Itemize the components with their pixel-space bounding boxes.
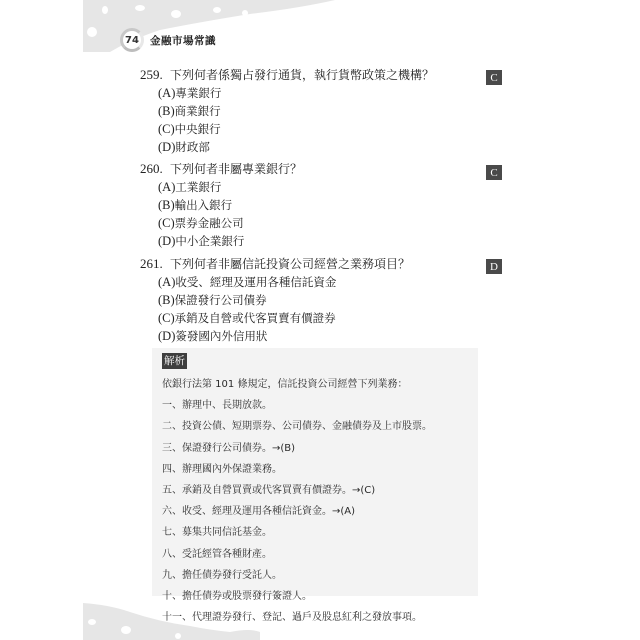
option-key: (C)	[158, 216, 175, 230]
analysis-label: 解析	[162, 353, 187, 369]
option-list: (A)專業銀行 (B)商業銀行 (C)中央銀行 (D)財政部	[158, 84, 500, 156]
option-a: (A)專業銀行	[158, 84, 500, 102]
question-text: 下列何者係獨占發行通貨，執行貨幣政策之機構？	[170, 66, 434, 84]
option-key: (A)	[158, 180, 175, 194]
option-c: (C)中央銀行	[158, 120, 500, 138]
option-key: (D)	[158, 234, 175, 248]
page-number-badge: 74	[120, 28, 144, 52]
option-text: 承銷及自營或代客買賣有價證券	[175, 311, 336, 325]
page-number: 74	[125, 35, 139, 46]
analysis-line: 四、辦理國內外保證業務。	[162, 459, 432, 480]
book-title: 金融市場常識	[150, 33, 216, 48]
option-key: (D)	[158, 329, 175, 343]
option-a: (A)收受、經理及運用各種信託資金	[158, 273, 500, 291]
question-260: 260. 下列何者非屬專業銀行？ (A)工業銀行 (B)輸出入銀行 (C)票券金…	[140, 160, 500, 250]
question-number: 260.	[140, 160, 170, 178]
header-banner-decoration	[0, 0, 640, 70]
option-key: (D)	[158, 140, 175, 154]
option-key: (A)	[158, 86, 175, 100]
option-c: (C)承銷及自營或代客買賣有價證券	[158, 309, 500, 327]
analysis-line: 七、募集共同信託基金。	[162, 522, 432, 543]
option-key: (C)	[158, 122, 175, 136]
analysis-line: 八、受託經管各種財產。	[162, 544, 432, 565]
answer-badge-259: C	[486, 70, 502, 85]
option-text: 輸出入銀行	[175, 198, 233, 212]
question-number: 261.	[140, 255, 170, 273]
option-text: 商業銀行	[175, 104, 221, 118]
analysis-line: 一、辦理中、長期放款。	[162, 395, 432, 416]
option-text: 票券金融公司	[175, 216, 244, 230]
analysis-lines: 依銀行法第 101 條規定，信託投資公司經營下列業務： 一、辦理中、長期放款。 …	[162, 374, 432, 628]
option-key: (B)	[158, 198, 175, 212]
option-b: (B)保證發行公司債券	[158, 291, 500, 309]
option-d: (D)簽發國內外信用狀	[158, 327, 500, 345]
question-text: 下列何者非屬信託投資公司經營之業務項目？	[170, 255, 410, 273]
option-text: 簽發國內外信用狀	[175, 329, 267, 343]
option-key: (B)	[158, 293, 175, 307]
analysis-line: 五、承銷及自營買賣或代客買賣有價證券。→(C)	[162, 480, 432, 501]
option-text: 財政部	[175, 140, 210, 154]
option-d: (D)中小企業銀行	[158, 232, 500, 250]
option-text: 收受、經理及運用各種信託資金	[175, 275, 336, 289]
option-key: (C)	[158, 311, 175, 325]
question-261: 261. 下列何者非屬信託投資公司經營之業務項目？ (A)收受、經理及運用各種信…	[140, 255, 500, 345]
option-text: 中小企業銀行	[175, 234, 244, 248]
question-259: 259. 下列何者係獨占發行通貨，執行貨幣政策之機構？ (A)專業銀行 (B)商…	[140, 66, 500, 156]
analysis-line: 依銀行法第 101 條規定，信託投資公司經營下列業務：	[162, 374, 432, 395]
question-text: 下列何者非屬專業銀行？	[170, 160, 302, 178]
answer-badge-261: D	[486, 259, 502, 274]
option-d: (D)財政部	[158, 138, 500, 156]
analysis-line: 三、保證發行公司債券。→(B)	[162, 438, 432, 459]
option-b: (B)商業銀行	[158, 102, 500, 120]
footer-banner-decoration	[0, 600, 640, 640]
analysis-panel: 解析 依銀行法第 101 條規定，信託投資公司經營下列業務： 一、辦理中、長期放…	[152, 348, 478, 596]
option-key: (A)	[158, 275, 175, 289]
question-number: 259.	[140, 66, 170, 84]
answer-badge-260: C	[486, 165, 502, 180]
option-a: (A)工業銀行	[158, 178, 500, 196]
option-text: 中央銀行	[175, 122, 221, 136]
option-list: (A)收受、經理及運用各種信託資金 (B)保證發行公司債券 (C)承銷及自營或代…	[158, 273, 500, 345]
option-b: (B)輸出入銀行	[158, 196, 500, 214]
option-text: 專業銀行	[175, 86, 221, 100]
analysis-line: 二、投資公債、短期票券、公司債券、金融債券及上市股票。	[162, 416, 432, 437]
option-text: 保證發行公司債券	[175, 293, 267, 307]
option-text: 工業銀行	[175, 180, 221, 194]
option-list: (A)工業銀行 (B)輸出入銀行 (C)票券金融公司 (D)中小企業銀行	[158, 178, 500, 250]
option-key: (B)	[158, 104, 175, 118]
analysis-line: 九、擔任債券發行受託人。	[162, 565, 432, 586]
analysis-line: 六、收受、經理及運用各種信託資金。→(A)	[162, 501, 432, 522]
option-c: (C)票券金融公司	[158, 214, 500, 232]
